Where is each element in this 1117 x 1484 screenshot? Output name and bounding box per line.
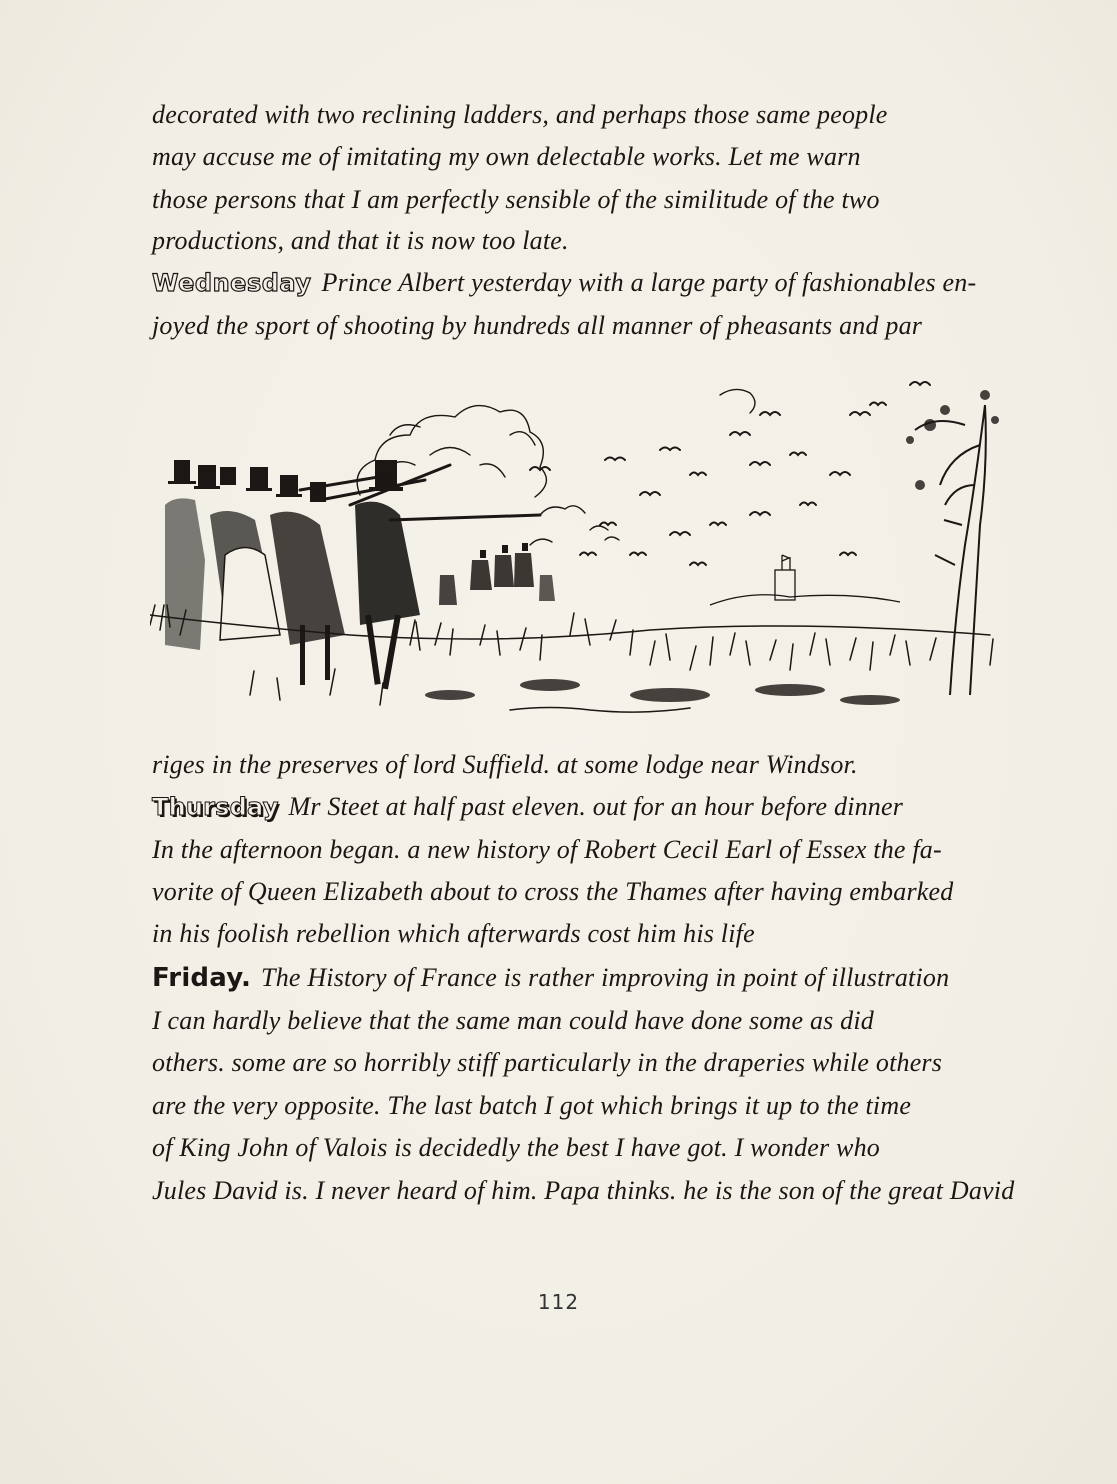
text-line: those persons that I am perfectly sensib… — [152, 183, 982, 217]
friday-entry-line: Friday.The History of France is rather i… — [152, 961, 982, 995]
text-line: productions, and that it is now too late… — [152, 224, 982, 258]
text-line: vorite of Queen Elizabeth about to cross… — [152, 875, 982, 909]
text-line: riges in the preserves of lord Suffield.… — [152, 748, 982, 782]
text-line: The History of France is rather improvin… — [261, 963, 949, 992]
text-line: I can hardly believe that the same man c… — [152, 1004, 982, 1038]
text-line: may accuse me of imitating my own delect… — [152, 140, 982, 174]
text-line: Mr Steet at half past eleven. out for an… — [289, 792, 904, 821]
text-line: are the very opposite. The last batch I … — [152, 1089, 982, 1123]
text-line: In the afternoon began. a new history of… — [152, 833, 982, 867]
text-line: Jules David is. I never heard of him. Pa… — [152, 1174, 982, 1208]
thursday-entry-line: ThursdayMr Steet at half past eleven. ou… — [152, 790, 982, 824]
day-heading-wednesday: Wednesday — [152, 269, 312, 297]
text-line: joyed the sport of shooting by hundreds … — [152, 309, 982, 343]
journal-page: decorated with two reclining ladders, an… — [0, 0, 1117, 1484]
text-line: of King John of Valois is decidedly the … — [152, 1131, 982, 1165]
page-number: 112 — [0, 1290, 1117, 1314]
day-heading-thursday: Thursday — [152, 793, 279, 821]
engraving-hunting-scene-icon — [150, 365, 1000, 725]
text-line: decorated with two reclining ladders, an… — [152, 98, 982, 132]
text-line: others. some are so horribly stiff parti… — [152, 1046, 982, 1080]
day-heading-friday: Friday. — [152, 963, 251, 993]
text-line: in his foolish rebellion which afterward… — [152, 917, 982, 951]
wednesday-entry-line: WednesdayPrince Albert yesterday with a … — [152, 266, 982, 300]
text-line: Prince Albert yesterday with a large par… — [322, 268, 977, 297]
